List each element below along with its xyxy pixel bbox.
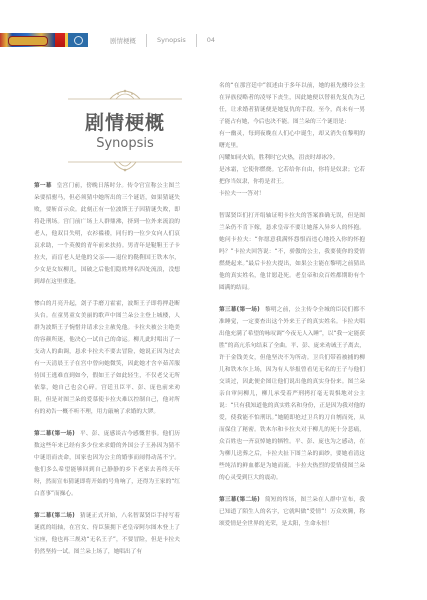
decorative-banner [0,33,88,47]
act-label: 第二幕(第二场) [34,513,75,519]
right-column: 名的“在那宫廷中”叙述由于多年以前，她的祖先楼玲公主在异族侵略者的凌辱下丧生，因… [219,80,365,540]
title-block: 剧情梗概 Synopsis [66,88,184,173]
riddle-2: 闪耀如同火焰，胜利时它火热，沮丧时却冰冷。 [219,152,365,164]
banner-ornament-blue [0,33,55,47]
page-number: 04 [197,36,225,44]
act-label: 第三幕(第二场) [219,497,260,503]
page-title: 剧情梗概 [66,112,184,134]
paragraph-text: 名的“在那宫廷中”叙述由于多年以前，她的祖先楼玲公主在异族侵略者的凌辱下丧生，因… [219,83,365,125]
riddle-3: 是冰霜，它使你燃烧。它若给你自由，你将是奴隶；它若把你当奴隶，你将是君王。 [219,164,365,188]
act-label: 第二幕(第一场) [34,431,75,437]
synopsis-act2-scene1: 第二幕(第一场)平、彭、庞感谈古今感慨世事。他们历数这些年来已经有多少位来求婚的… [34,428,180,500]
header-section-en: Synopsis [147,36,196,44]
synopsis-act3-scene2: 第三幕(第二场)简短的终场，图兰朵在人群中宣布，我已知道了陌生人的名字，它就叫做… [219,494,365,530]
synopsis-act2-ending: 智谋贤臣们打开绢轴证明卡拉夫的答案准确无误，但是图兰朵仍不肯下嫁，恳求皇帝不要让… [219,210,365,294]
act-label: 第一幕 [34,183,52,189]
left-column: 第一幕皇宫门前，傍晚日落时分。传令官宣称公主图兰朵要招驸马，但必须猜中她所出的三… [34,180,180,568]
bottom-ornament-icon [66,159,184,173]
riddle-answer-line: 卡拉夫一一答对！ [219,188,365,200]
synopsis-act2-scene2: 第二幕(第二场)猜谜正式开始，八名智谋贤臣手持写着谜底的绢轴，在宫女、侍臣簇拥下… [34,510,180,558]
synopsis-act3-scene1: 第三幕(第一场)黎明之前，公主传令全城的臣民们都不准睡觉，一定要查出这个外来王子… [219,304,365,484]
header-section-zh: 剧情梗概 [100,36,146,45]
page-subtitle: Synopsis [66,136,184,151]
paragraph-text: 惨白的月亮升起，刽子手磨刀霍霍，波斯王子即将押赴断头台。在童男童女美丽的歌声中图… [34,301,180,415]
paragraph-text: 智谋贤臣们打开绢轴证明卡拉夫的答案准确无误，但是图兰朵仍不肯下嫁，恳求皇帝不要让… [219,213,365,291]
paragraph-text: 猜谜正式开始，八名智谋贤臣手持写着谜底的绢轴，在宫女、侍臣簇拥下老皇帝阿尔图木登… [34,513,180,555]
synopsis-act1: 第一幕皇宫门前，傍晚日落时分。传令官宣称公主图兰朵要招驸马，但必须猜中她所出的三… [34,180,180,288]
paragraph-text: 皇宫门前，傍晚日落时分。传令官宣称公主图兰朵要招驸马，但必须猜中她所出的三个谜语… [34,183,180,285]
running-header: 剧情梗概 Synopsis 04 [100,33,225,47]
act-label: 第三幕(第一场) [219,307,260,313]
synopsis-act1-cont: 惨白的月亮升起，刽子手磨刀霍霍，波斯王子即将押赴断头台。在童男童女美丽的歌声中图… [34,298,180,418]
top-ornament-icon [66,88,184,102]
synopsis-act2-scene2-cont: 名的“在那宫廷中”叙述由于多年以前，她的祖先楼玲公主在异族侵略者的凌辱下丧生，因… [219,80,365,128]
banner-ornament-red [55,33,65,47]
banner-ornament-medallion [68,33,88,47]
riddle-1: 有一幽灵，每到夜晚在人们心中诞生，却又消失在黎明的曙光里。 [219,128,365,152]
paragraph-text: 平、彭、庞感谈古今感慨世事。他们历数这些年来已经有多少位来求婚的外国公子王孙因为… [34,431,180,497]
paragraph-text: 黎明之前，公主传令全城的臣民们都不准睡觉，一定要查出这个外来王子的真实姓名。卡拉… [219,307,365,481]
